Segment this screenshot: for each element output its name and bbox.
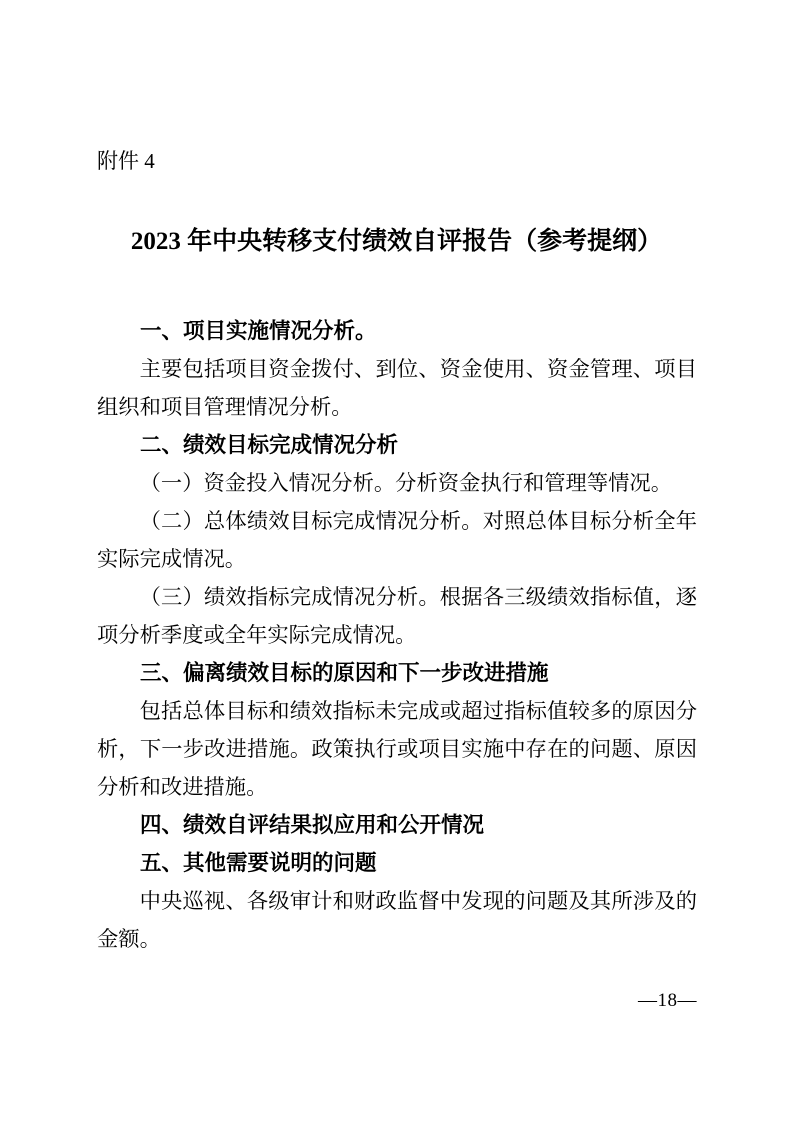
paragraph: （二）总体绩效目标完成情况分析。对照总体目标分析全年实际完成情况。	[97, 502, 697, 578]
paragraph: 主要包括项目资金拨付、到位、资金使用、资金管理、项目组织和项目管理情况分析。	[97, 350, 697, 426]
paragraph: 包括总体目标和绩效指标未完成或超过指标值较多的原因分析，下一步改进措施。政策执行…	[97, 692, 697, 806]
document-title: 2023 年中央转移支付绩效自评报告（参考提纲）	[48, 222, 745, 262]
paragraph: （三）绩效指标完成情况分析。根据各三级绩效指标值，逐项分析季度或全年实际完成情况…	[97, 578, 697, 654]
section-heading: 四、绩效自评结果拟应用和公开情况	[97, 806, 697, 844]
page-number: —18—	[638, 988, 697, 1014]
paragraph: （一）资金投入情况分析。分析资金执行和管理等情况。	[97, 464, 697, 502]
document-page: 附件 4 2023 年中央转移支付绩效自评报告（参考提纲） 一、项目实施情况分析…	[0, 0, 793, 1122]
section-heading: 二、绩效目标完成情况分析	[97, 426, 697, 464]
section-heading: 三、偏离绩效目标的原因和下一步改进措施	[97, 654, 697, 692]
section-heading: 五、其他需要说明的问题	[97, 844, 697, 882]
section-heading: 一、项目实施情况分析。	[97, 312, 697, 350]
document-body: 一、项目实施情况分析。主要包括项目资金拨付、到位、资金使用、资金管理、项目组织和…	[97, 312, 697, 958]
attachment-label: 附件 4	[97, 146, 155, 176]
paragraph: 中央巡视、各级审计和财政监督中发现的问题及其所涉及的金额。	[97, 882, 697, 958]
